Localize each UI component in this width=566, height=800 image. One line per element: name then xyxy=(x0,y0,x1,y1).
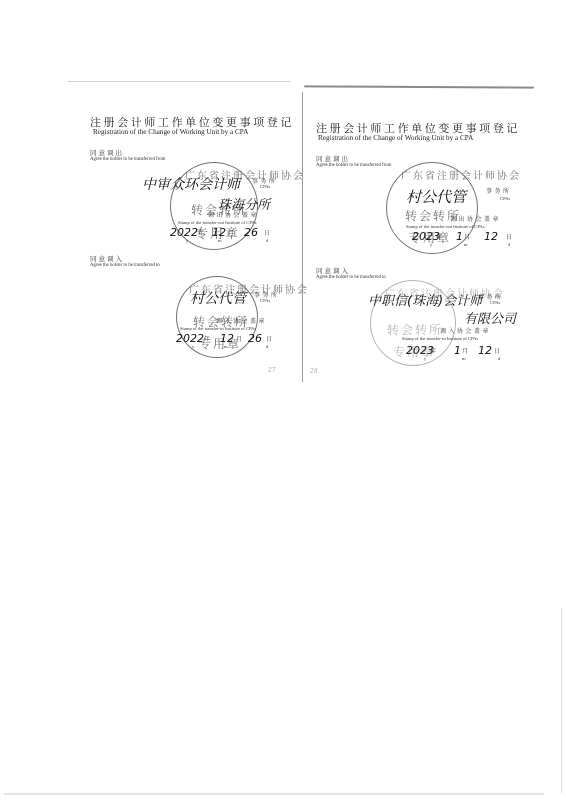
transfer-out-label-en: Agree the holder to be transferred from xyxy=(90,157,165,162)
stamp-caption-en: Stamp of the transfer-out Institute of C… xyxy=(406,224,485,229)
date-month-en: m xyxy=(464,242,468,247)
date-day-label: 日 xyxy=(266,334,275,343)
transfer-in-label-en: Agree the holder to be transferred to xyxy=(316,275,386,280)
date-day-label: 日 xyxy=(264,228,273,237)
stamp-caption-cn: 调出协会盖章 xyxy=(208,210,259,219)
stamp-caption-cn: 调出协会盖章 xyxy=(450,214,501,223)
page-number: 28 xyxy=(310,368,318,375)
right-page: 注册会计师工作单位变更事项登记 Registration of the Chan… xyxy=(304,86,536,386)
date-day: 12 xyxy=(478,344,492,357)
date-month-en: m xyxy=(462,356,466,361)
transfer-in-label-en: Agree the holder to be transferred to xyxy=(90,263,160,268)
date-month-label: 月 xyxy=(462,346,471,355)
date-month: 1 xyxy=(456,230,463,243)
handwritten-firm-suffix: 有限公司 xyxy=(464,308,516,327)
date-day-en: d xyxy=(508,242,510,247)
date-year-en: y xyxy=(430,242,432,247)
date-day-en: d xyxy=(266,344,268,349)
date-year-en: y xyxy=(192,344,194,349)
date-month: 1 xyxy=(454,344,461,357)
firm-suffix-en: CPAs xyxy=(500,196,510,201)
handwritten-firm-name: 中职信(珠海)会计师 xyxy=(368,290,482,309)
date-day-label: 日 xyxy=(494,346,503,355)
firm-suffix-en: CPAs xyxy=(260,184,270,189)
date-month-en: m xyxy=(224,344,228,349)
stamp-caption-en: Stamp of the transfer-out Institute of C… xyxy=(178,220,257,225)
stamp-caption-cn: 调入协会盖章 xyxy=(216,316,267,325)
date-year-en: y xyxy=(186,238,188,243)
stamp-ring-text: 广东省注册会计师协会 xyxy=(401,167,521,182)
date-day-label: 日 xyxy=(506,232,515,241)
firm-suffix-en: CPAs xyxy=(260,298,270,303)
stamp-caption-en: Stamp of the transfer-in Institute of CP… xyxy=(402,336,478,341)
date-month-label: 月 xyxy=(228,228,237,237)
scan-right-edge xyxy=(561,608,562,793)
stamp-caption-cn: 调入协会盖章 xyxy=(440,326,491,335)
date-year-label: 年 xyxy=(198,228,207,237)
date-year-en: y xyxy=(424,356,426,361)
transfer-out-label-en: Agree the holder to be transferred from xyxy=(316,163,391,168)
handwritten-firm-name: 中审众环会计师 xyxy=(142,174,240,194)
stamp-caption-en: Stamp of the transfer-in Institute of CP… xyxy=(180,326,256,331)
date-year-label: 年 xyxy=(204,334,213,343)
transfer-out-label-cn: 同意调出 xyxy=(316,154,350,163)
transfer-in-label-cn: 同意调入 xyxy=(90,254,124,263)
date-year-label: 年 xyxy=(430,346,439,355)
date-day: 12 xyxy=(484,230,498,243)
transfer-out-label-cn: 同意调出 xyxy=(90,148,124,157)
date-month-label: 月 xyxy=(464,232,473,241)
scan-bottom-edge xyxy=(4,793,544,795)
transfer-in-label-cn: 同意调入 xyxy=(316,266,350,275)
handwritten-firm-name: 村公代管 xyxy=(190,288,246,308)
page-title-en: Registration of the Change of Working Un… xyxy=(93,128,248,136)
date-day: 26 xyxy=(244,226,258,239)
date-month-en: m xyxy=(218,238,222,243)
date-day-en: d xyxy=(498,356,500,361)
date-day: 26 xyxy=(248,332,262,345)
page-fold-line xyxy=(302,92,303,382)
handwritten-firm-name: 村公代管 xyxy=(406,186,466,207)
date-year-label: 年 xyxy=(436,232,445,241)
date-year: 2022 xyxy=(170,226,198,239)
firm-suffix-cn: 事务所 xyxy=(486,186,512,195)
page-number: 27 xyxy=(268,367,276,374)
date-month-label: 月 xyxy=(236,334,245,343)
firm-suffix-en: CPAs xyxy=(490,300,500,305)
left-page: 注册会计师工作单位变更事项登记 Registration of the Chan… xyxy=(68,80,290,380)
date-day-en: d xyxy=(266,238,268,243)
date-year: 2022 xyxy=(176,332,204,345)
page-title-en: Registration of the Change of Working Un… xyxy=(318,134,473,142)
